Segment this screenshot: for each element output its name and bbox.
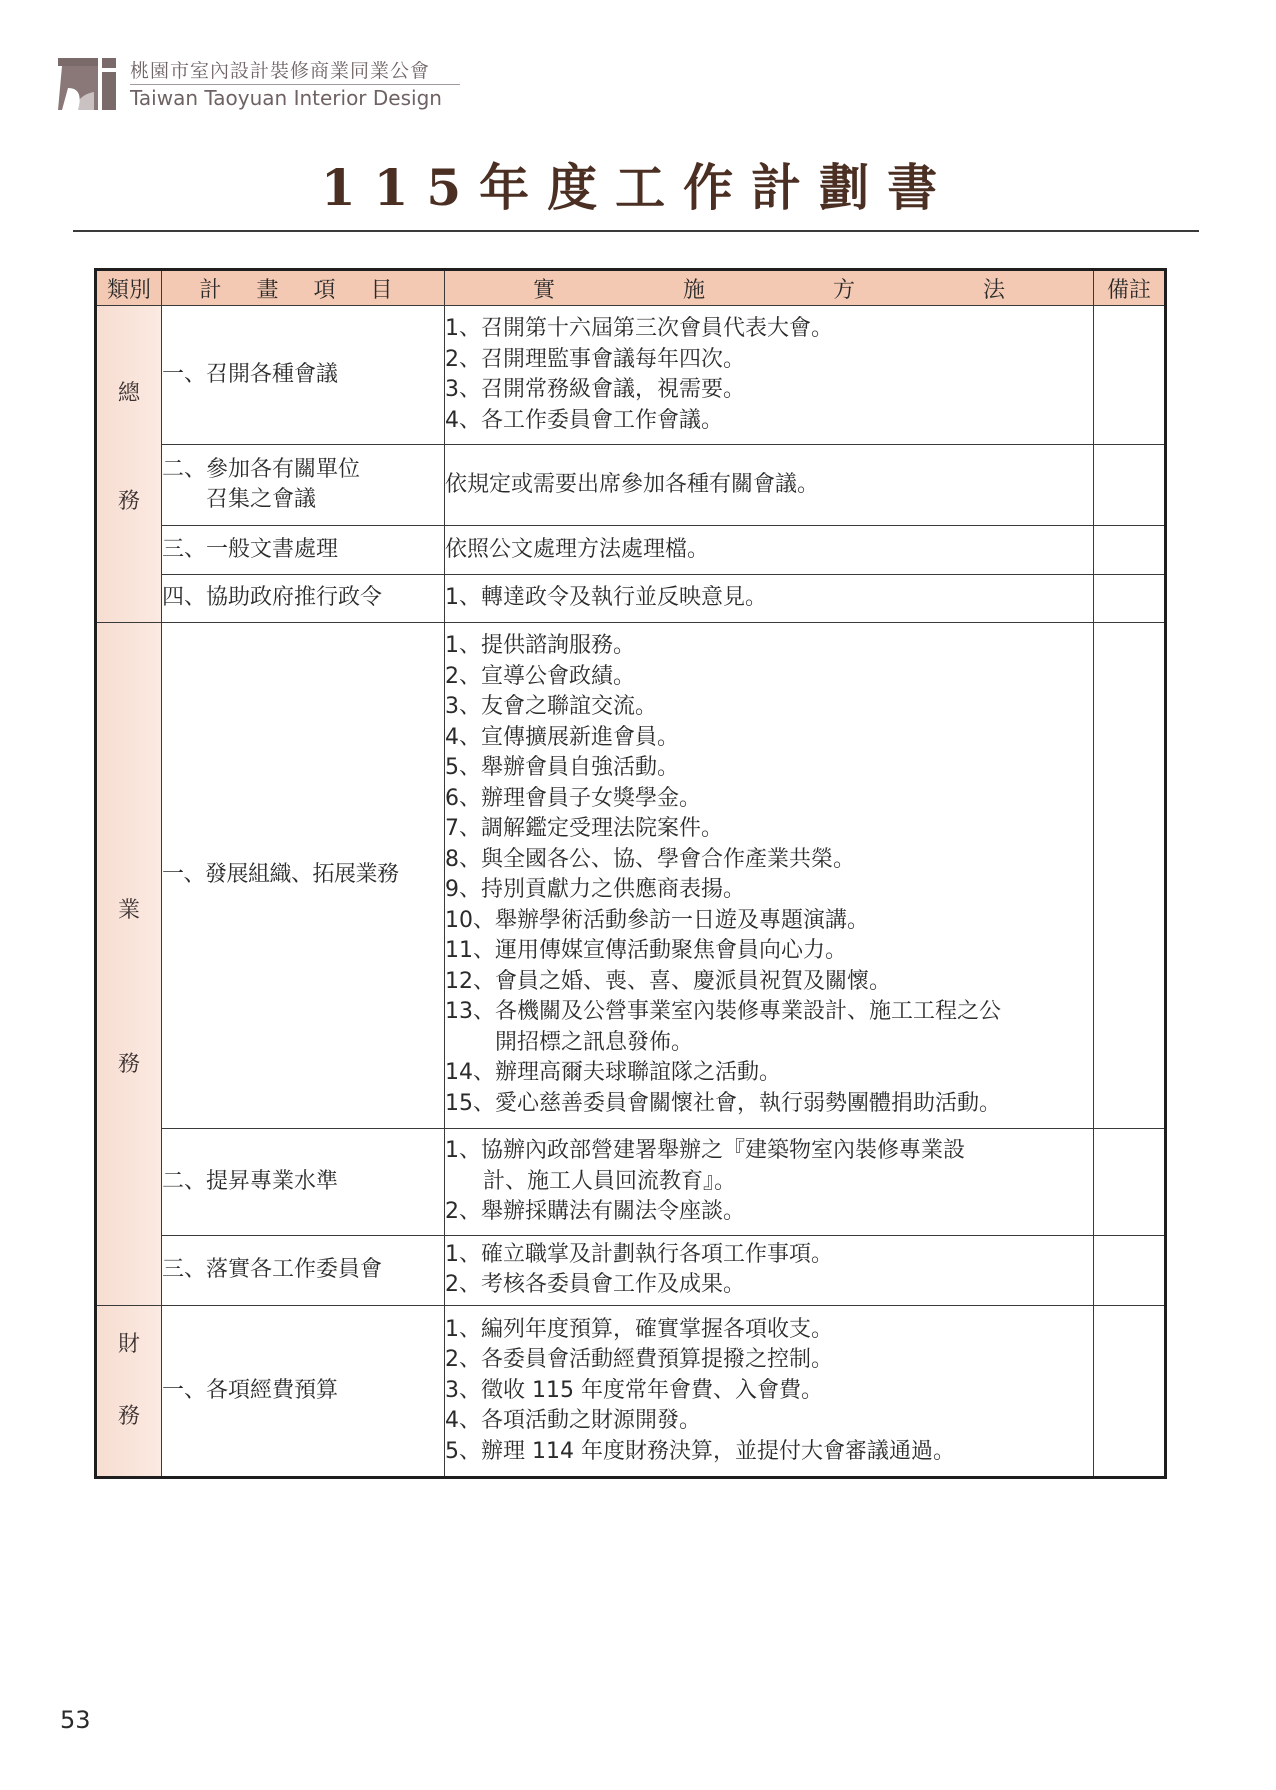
column-header-plan-item: 計 畫 項 目: [162, 270, 445, 306]
method-line: 13、各機關及公營事業室內裝修專業設計、施工工程之公: [445, 997, 1093, 1028]
method-line-continued: 計、施工人員回流教育』。: [445, 1167, 1093, 1198]
table-row: 二、參加各有關單位 召集之會議 依規定或需要出席參加各種有關會議。: [96, 445, 1166, 525]
method-line: 1、編列年度預算，確實掌握各項收支。: [445, 1315, 1093, 1346]
table-row: 業 務 一、發展組織、拓展業務 1、提供諮詢服務。 2、宣導公會政績。 3、友會…: [96, 623, 1166, 1129]
method-line: 10、舉辦學術活動參訪一日遊及專題演講。: [445, 906, 1093, 937]
plan-item: 二、提昇專業水準: [162, 1128, 445, 1235]
note-cell: [1094, 306, 1166, 445]
method-cell: 1、召開第十六屆第三次會員代表大會。 2、召開理監事會議每年四次。 3、召開常務…: [445, 306, 1094, 445]
method-line: 11、運用傳媒宣傳活動聚焦會員向心力。: [445, 936, 1093, 967]
method-line: 1、確立職掌及計劃執行各項工作事項。: [445, 1240, 1093, 1271]
plan-item: 一、各項經費預算: [162, 1306, 445, 1478]
method-line: 4、宣傳擴展新進會員。: [445, 723, 1093, 754]
logo-divider: [130, 84, 460, 85]
table-row: 四、協助政府推行政令 1、轉達政令及執行並反映意見。: [96, 574, 1166, 622]
table-header-row: 類別 計 畫 項 目 實施方法 備註: [96, 270, 1166, 306]
column-header-method-char: 法: [919, 273, 1069, 304]
table-row: 三、一般文書處理 依照公文處理方法處理檔。: [96, 525, 1166, 574]
plan-item: 三、一般文書處理: [162, 525, 445, 574]
plan-item: 二、參加各有關單位 召集之會議: [162, 445, 445, 525]
method-cell: 1、提供諮詢服務。 2、宣導公會政績。 3、友會之聯誼交流。 4、宣傳擴展新進會…: [445, 623, 1094, 1129]
method-line: 12、會員之婚、喪、喜、慶派員祝賀及關懷。: [445, 967, 1093, 998]
method-line: 4、各項活動之財源開發。: [445, 1406, 1093, 1437]
method-cell: 1、協辦內政部營建署舉辦之『建築物室內裝修專業設 計、施工人員回流教育』。 2、…: [445, 1128, 1094, 1235]
note-cell: [1094, 1235, 1166, 1305]
method-line: 3、友會之聯誼交流。: [445, 692, 1093, 723]
note-cell: [1094, 525, 1166, 574]
category-char: 務: [97, 1399, 161, 1430]
method-line: 依照公文處理方法處理檔。: [445, 535, 1093, 566]
category-cell-business: 業 務: [96, 623, 162, 1306]
org-name-en: Taiwan Taoyuan Interior Design: [130, 86, 442, 110]
plan-item: 三、落實各工作委員會: [162, 1235, 445, 1305]
method-line: 2、宣導公會政績。: [445, 662, 1093, 693]
method-line: 2、召開理監事會議每年四次。: [445, 345, 1093, 376]
method-line: 7、調解鑑定受理法院案件。: [445, 814, 1093, 845]
method-line: 3、召開常務級會議，視需要。: [445, 375, 1093, 406]
plan-item: 四、協助政府推行政令: [162, 574, 445, 622]
method-line: 1、提供諮詢服務。: [445, 631, 1093, 662]
method-line: 5、辦理 114 年度財務決算，並提付大會審議通過。: [445, 1437, 1093, 1468]
method-cell: 1、確立職掌及計劃執行各項工作事項。 2、考核各委員會工作及成果。: [445, 1235, 1094, 1305]
category-cell-finance: 財 務: [96, 1306, 162, 1478]
plan-item-line: 二、參加各有關單位: [162, 455, 444, 485]
method-line: 2、各委員會活動經費預算提撥之控制。: [445, 1345, 1093, 1376]
note-cell: [1094, 445, 1166, 525]
column-header-method: 實施方法: [445, 270, 1094, 306]
column-header-note: 備註: [1094, 270, 1166, 306]
table-row: 總 務 一、召開各種會議 1、召開第十六屆第三次會員代表大會。 2、召開理監事會…: [96, 306, 1166, 445]
method-line: 依規定或需要出席參加各種有關會議。: [445, 470, 1093, 501]
page-title: 115年度工作計劃書: [0, 148, 1276, 220]
column-header-category: 類別: [96, 270, 162, 306]
category-char: 務: [97, 484, 161, 515]
method-line: 6、辦理會員子女獎學金。: [445, 784, 1093, 815]
page-number: 53: [60, 1706, 91, 1734]
method-line: 5、舉辦會員自強活動。: [445, 753, 1093, 784]
method-line: 8、與全國各公、協、學會合作產業共榮。: [445, 845, 1093, 876]
method-line: 4、各工作委員會工作會議。: [445, 406, 1093, 437]
plan-item: 一、發展組織、拓展業務: [162, 623, 445, 1129]
method-cell: 依規定或需要出席參加各種有關會議。: [445, 445, 1094, 525]
column-header-method-char: 實: [469, 273, 619, 304]
ti-logo-icon: [58, 58, 120, 110]
plan-item-line: 召集之會議: [162, 485, 444, 515]
method-line: 1、召開第十六屆第三次會員代表大會。: [445, 314, 1093, 345]
table-row: 財 務 一、各項經費預算 1、編列年度預算，確實掌握各項收支。 2、各委員會活動…: [96, 1306, 1166, 1478]
method-line: 14、辦理高爾夫球聯誼隊之活動。: [445, 1058, 1093, 1089]
column-header-method-char: 方: [769, 273, 919, 304]
method-line: 2、舉辦採購法有關法令座談。: [445, 1197, 1093, 1228]
method-line-continued: 開招標之訊息發佈。: [445, 1028, 1093, 1059]
org-name-cn: 桃園市室內設計裝修商業同業公會: [130, 56, 430, 83]
method-line: 15、愛心慈善委員會關懷社會，執行弱勢團體捐助活動。: [445, 1089, 1093, 1120]
plan-item: 一、召開各種會議: [162, 306, 445, 445]
method-line: 9、持別貢獻力之供應商表揚。: [445, 875, 1093, 906]
note-cell: [1094, 623, 1166, 1129]
table-row: 二、提昇專業水準 1、協辦內政部營建署舉辦之『建築物室內裝修專業設 計、施工人員…: [96, 1128, 1166, 1235]
method-cell: 依照公文處理方法處理檔。: [445, 525, 1094, 574]
note-cell: [1094, 574, 1166, 622]
note-cell: [1094, 1128, 1166, 1235]
column-header-method-char: 施: [619, 273, 769, 304]
category-char: 總: [97, 376, 161, 407]
method-line: 2、考核各委員會工作及成果。: [445, 1270, 1093, 1301]
title-divider: [73, 230, 1199, 232]
method-line: 1、轉達政令及執行並反映意見。: [445, 583, 1093, 614]
table-row: 三、落實各工作委員會 1、確立職掌及計劃執行各項工作事項。 2、考核各委員會工作…: [96, 1235, 1166, 1305]
method-line: 1、協辦內政部營建署舉辦之『建築物室內裝修專業設: [445, 1136, 1093, 1167]
work-plan-table: 類別 計 畫 項 目 實施方法 備註 總 務 一、召開各種會議 1、召開第十六屆…: [94, 268, 1167, 1479]
org-logo-block: 桃園市室內設計裝修商業同業公會 Taiwan Taoyuan Interior …: [58, 54, 458, 114]
category-cell-general-affairs: 總 務: [96, 306, 162, 623]
method-line: 3、徵收 115 年度常年會費、入會費。: [445, 1376, 1093, 1407]
category-char: 務: [97, 1047, 161, 1078]
category-char: 業: [97, 893, 161, 924]
category-char: 財: [97, 1327, 161, 1358]
note-cell: [1094, 1306, 1166, 1478]
method-cell: 1、轉達政令及執行並反映意見。: [445, 574, 1094, 622]
method-cell: 1、編列年度預算，確實掌握各項收支。 2、各委員會活動經費預算提撥之控制。 3、…: [445, 1306, 1094, 1478]
